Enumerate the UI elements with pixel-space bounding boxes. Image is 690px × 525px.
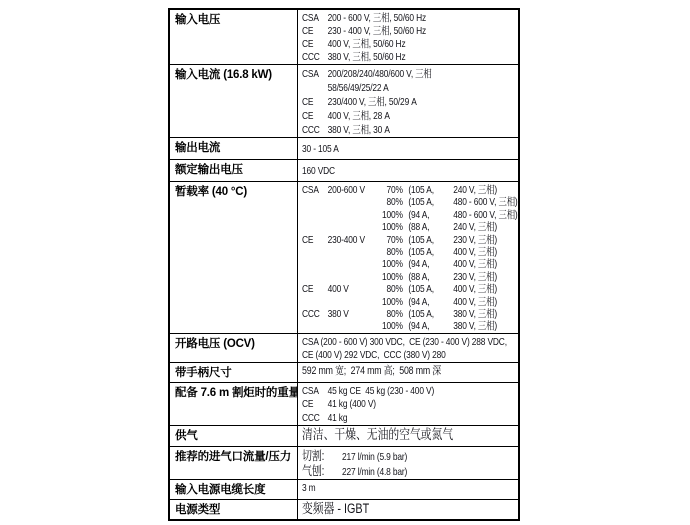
value-segment: 230-400 V bbox=[327, 234, 377, 246]
value-segment: (105 A, bbox=[408, 283, 453, 295]
value-segment: 41 kg (400 V) bbox=[327, 398, 375, 412]
value-segment: 240 V, 三相) bbox=[453, 184, 497, 196]
value-segment: 217 l/min (5.9 bar) bbox=[342, 450, 407, 464]
value-segment: 100% bbox=[377, 209, 403, 221]
value-line: 3 m bbox=[302, 482, 519, 495]
value-segment: 气刨: bbox=[302, 464, 342, 478]
value-segment: 100% bbox=[377, 221, 403, 233]
value-line: CE230-400 V70%(105 A,230 V, 三相) bbox=[302, 234, 519, 246]
value-segment: CE bbox=[302, 95, 328, 109]
value-segment: 230 V, 三相) bbox=[453, 234, 497, 246]
spec-value-gas-supply: 清洁、干燥、无油的空气或氮气 bbox=[297, 426, 519, 447]
value-segment: 200-600 V bbox=[327, 184, 377, 196]
value-segment: 230/400 V, 三相, 50/29 A bbox=[327, 95, 416, 109]
value-segment: CSA (200 - 600 V) 300 VDC, CE (230 - 400… bbox=[302, 336, 507, 349]
value-segment: CCC bbox=[302, 123, 328, 137]
value-segment: 400 V, 三相) bbox=[453, 296, 497, 308]
spec-value-duty-cycle: CSA200-600 V70%(105 A,240 V, 三相)80%(105 … bbox=[297, 182, 519, 334]
value-segment: 380 V, 三相, 50/60 Hz bbox=[327, 51, 405, 64]
value-segment: 400 V, 三相, 50/60 Hz bbox=[327, 38, 405, 51]
value-segment: (88 A, bbox=[408, 221, 453, 233]
spec-value-rated-output-voltage: 160 VDC bbox=[297, 160, 519, 182]
spec-row-output-current: 输出电流30 - 105 A bbox=[169, 138, 519, 160]
value-line: CE230/400 V, 三相, 50/29 A bbox=[302, 95, 519, 109]
spec-label-weight: 配备 7.6 m 割炬时的重量 bbox=[169, 382, 297, 426]
spec-label-open-circuit-voltage: 开路电压 (OCV) bbox=[169, 333, 297, 362]
value-line: 58/56/49/25/22 A bbox=[302, 81, 519, 95]
value-segment: CCC bbox=[302, 308, 328, 320]
spec-row-power-type: 电源类型变频器 - IGBT bbox=[169, 500, 519, 521]
value-segment: CSA bbox=[302, 184, 328, 196]
value-segment: 200/208/240/480/600 V, 三相 bbox=[327, 67, 431, 81]
value-segment: 变频器 - IGBT bbox=[302, 502, 369, 515]
spec-row-open-circuit-voltage: 开路电压 (OCV)CSA (200 - 600 V) 300 VDC, CE … bbox=[169, 333, 519, 362]
value-segment: 160 VDC bbox=[302, 165, 335, 178]
value-segment: CE bbox=[302, 109, 328, 123]
value-segment: 70% bbox=[377, 234, 403, 246]
spec-label-power-type: 电源类型 bbox=[169, 500, 297, 521]
value-segment: 30 - 105 A bbox=[302, 143, 339, 156]
value-segment: 70% bbox=[377, 184, 403, 196]
value-segment: CCC bbox=[302, 51, 328, 64]
spec-row-dimensions: 带手柄尺寸592 mm 宽; 274 mm 高; 508 mm 深 bbox=[169, 362, 519, 382]
value-line: 592 mm 宽; 274 mm 高; 508 mm 深 bbox=[302, 365, 519, 378]
spec-value-dimensions: 592 mm 宽; 274 mm 高; 508 mm 深 bbox=[297, 362, 519, 382]
value-segment: CE bbox=[302, 398, 328, 412]
value-segment: 80% bbox=[377, 308, 403, 320]
value-segment: 200 - 600 V, 三相, 50/60 Hz bbox=[327, 12, 425, 25]
value-segment: 400 V, 三相) bbox=[453, 258, 497, 270]
value-segment: CE bbox=[302, 25, 328, 38]
value-segment: 100% bbox=[377, 296, 403, 308]
value-segment: (94 A, bbox=[408, 258, 453, 270]
spec-value-input-current: CSA200/208/240/480/600 V, 三相58/56/49/25/… bbox=[297, 65, 519, 138]
value-line: CSA45 kg CE 45 kg (230 - 400 V) bbox=[302, 385, 519, 399]
value-segment: 100% bbox=[377, 271, 403, 283]
spec-label-rated-output-voltage: 额定输出电压 bbox=[169, 160, 297, 182]
value-segment: 400 V, 三相) bbox=[453, 283, 497, 295]
spec-label-gas-supply: 供气 bbox=[169, 426, 297, 447]
spec-label-input-voltage: 输入电压 bbox=[169, 9, 297, 65]
value-segment: (94 A, bbox=[408, 209, 453, 221]
value-line: 80%(105 A,480 - 600 V, 三相) bbox=[302, 196, 519, 208]
value-line: 100%(88 A,230 V, 三相) bbox=[302, 271, 519, 283]
spec-value-power-type: 变频器 - IGBT bbox=[297, 500, 519, 521]
value-segment: (105 A, bbox=[408, 308, 453, 320]
value-segment: (105 A, bbox=[408, 246, 453, 258]
spec-table: 输入电压CSA200 - 600 V, 三相, 50/60 HzCE230 - … bbox=[168, 8, 520, 521]
value-line: 100%(94 A,380 V, 三相) bbox=[302, 320, 519, 332]
spec-label-duty-cycle: 暂载率 (40 °C) bbox=[169, 182, 297, 334]
value-line: 100%(94 A,480 - 600 V, 三相) bbox=[302, 209, 519, 221]
value-segment: (88 A, bbox=[408, 271, 453, 283]
value-segment: (94 A, bbox=[408, 296, 453, 308]
value-line: CSA200-600 V70%(105 A,240 V, 三相) bbox=[302, 184, 519, 196]
spec-value-weight: CSA45 kg CE 45 kg (230 - 400 V)CE41 kg (… bbox=[297, 382, 519, 426]
value-segment: (105 A, bbox=[408, 196, 453, 208]
value-line: CCC380 V, 三相, 30 A bbox=[302, 123, 519, 137]
value-segment: 切割: bbox=[302, 449, 342, 463]
value-line: 100%(94 A,400 V, 三相) bbox=[302, 258, 519, 270]
spec-value-inlet-flow: 切割:217 l/min (5.9 bar)气刨:227 l/min (4.8 … bbox=[297, 447, 519, 480]
value-segment: 45 kg CE 45 kg (230 - 400 V) bbox=[327, 385, 434, 399]
value-segment: 480 - 600 V, 三相) bbox=[453, 209, 517, 221]
value-segment: 400 V, 三相) bbox=[453, 246, 497, 258]
value-line: 30 - 105 A bbox=[302, 143, 519, 156]
value-segment: CE bbox=[302, 38, 328, 51]
value-segment: CSA bbox=[302, 12, 328, 25]
spec-row-input-voltage: 输入电压CSA200 - 600 V, 三相, 50/60 HzCE230 - … bbox=[169, 9, 519, 65]
spec-table-body: 输入电压CSA200 - 600 V, 三相, 50/60 HzCE230 - … bbox=[169, 9, 519, 520]
value-segment: 3 m bbox=[302, 482, 316, 495]
value-segment: 41 kg bbox=[327, 412, 347, 426]
value-segment: 480 - 600 V, 三相) bbox=[453, 196, 517, 208]
value-segment: 240 V, 三相) bbox=[453, 221, 497, 233]
value-segment: 清洁、干燥、无油的空气或氮气 bbox=[302, 428, 453, 441]
value-segment: 80% bbox=[377, 246, 403, 258]
value-segment: 380 V, 三相, 30 A bbox=[327, 123, 389, 137]
value-line: CSA200/208/240/480/600 V, 三相 bbox=[302, 67, 519, 81]
spec-row-inlet-flow: 推荐的进气口流量/压力切割:217 l/min (5.9 bar)气刨:227 … bbox=[169, 447, 519, 480]
value-segment: 380 V bbox=[327, 308, 377, 320]
value-segment: (94 A, bbox=[408, 320, 453, 332]
value-segment: (105 A, bbox=[408, 234, 453, 246]
value-segment: 380 V, 三相) bbox=[453, 320, 497, 332]
value-line: CCC380 V80%(105 A,380 V, 三相) bbox=[302, 308, 519, 320]
value-segment: CSA bbox=[302, 67, 328, 81]
value-line: 100%(94 A,400 V, 三相) bbox=[302, 296, 519, 308]
value-segment: 400 V, 三相, 28 A bbox=[327, 109, 389, 123]
spec-sheet-page: 输入电压CSA200 - 600 V, 三相, 50/60 HzCE230 - … bbox=[0, 0, 690, 525]
value-line: 变频器 - IGBT bbox=[302, 502, 519, 515]
value-segment: 100% bbox=[377, 258, 403, 270]
spec-label-inlet-flow: 推荐的进气口流量/压力 bbox=[169, 447, 297, 480]
spec-row-duty-cycle: 暂载率 (40 °C)CSA200-600 V70%(105 A,240 V, … bbox=[169, 182, 519, 334]
value-segment: 80% bbox=[377, 283, 403, 295]
spec-value-input-voltage: CSA200 - 600 V, 三相, 50/60 HzCE230 - 400 … bbox=[297, 9, 519, 65]
value-segment: 227 l/min (4.8 bar) bbox=[342, 465, 407, 479]
value-segment: 230 V, 三相) bbox=[453, 271, 497, 283]
value-segment: CSA bbox=[302, 385, 328, 399]
spec-value-output-current: 30 - 105 A bbox=[297, 138, 519, 160]
value-segment: CE (400 V) 292 VDC, CCC (380 V) 280 bbox=[302, 349, 446, 362]
value-segment: 58/56/49/25/22 A bbox=[327, 81, 388, 95]
value-segment: CCC bbox=[302, 412, 328, 426]
spec-label-output-current: 输出电流 bbox=[169, 138, 297, 160]
value-line: CSA200 - 600 V, 三相, 50/60 Hz bbox=[302, 12, 519, 25]
value-line: CE400 V, 三相, 28 A bbox=[302, 109, 519, 123]
value-line: CE41 kg (400 V) bbox=[302, 398, 519, 412]
value-line: CE (400 V) 292 VDC, CCC (380 V) 280 bbox=[302, 349, 519, 362]
value-line: 气刨:227 l/min (4.8 bar) bbox=[302, 464, 519, 479]
value-segment: 230 - 400 V, 三相, 50/60 Hz bbox=[327, 25, 425, 38]
value-segment: CE bbox=[302, 283, 328, 295]
spec-value-cable-length: 3 m bbox=[297, 480, 519, 500]
value-line: 160 VDC bbox=[302, 165, 519, 178]
value-line: CE400 V, 三相, 50/60 Hz bbox=[302, 38, 519, 51]
spec-row-rated-output-voltage: 额定输出电压160 VDC bbox=[169, 160, 519, 182]
value-line: CE400 V80%(105 A,400 V, 三相) bbox=[302, 283, 519, 295]
spec-row-gas-supply: 供气清洁、干燥、无油的空气或氮气 bbox=[169, 426, 519, 447]
spec-label-dimensions: 带手柄尺寸 bbox=[169, 362, 297, 382]
spec-label-cable-length: 输入电源电缆长度 bbox=[169, 480, 297, 500]
value-segment: 592 mm 宽; 274 mm 高; 508 mm 深 bbox=[302, 365, 441, 378]
value-line: CE230 - 400 V, 三相, 50/60 Hz bbox=[302, 25, 519, 38]
value-line: CSA (200 - 600 V) 300 VDC, CE (230 - 400… bbox=[302, 336, 519, 349]
value-segment: (105 A, bbox=[408, 184, 453, 196]
value-line: 80%(105 A,400 V, 三相) bbox=[302, 246, 519, 258]
value-segment: 400 V bbox=[327, 283, 377, 295]
value-line: CCC41 kg bbox=[302, 412, 519, 426]
value-line: CCC380 V, 三相, 50/60 Hz bbox=[302, 51, 519, 64]
value-segment: CE bbox=[302, 234, 328, 246]
value-segment: 80% bbox=[377, 196, 403, 208]
value-line: 切割:217 l/min (5.9 bar) bbox=[302, 449, 519, 464]
spec-row-input-current: 输入电流 (16.8 kW)CSA200/208/240/480/600 V, … bbox=[169, 65, 519, 138]
value-segment: 380 V, 三相) bbox=[453, 308, 497, 320]
spec-row-cable-length: 输入电源电缆长度3 m bbox=[169, 480, 519, 500]
spec-row-weight: 配备 7.6 m 割炬时的重量CSA45 kg CE 45 kg (230 - … bbox=[169, 382, 519, 426]
spec-value-open-circuit-voltage: CSA (200 - 600 V) 300 VDC, CE (230 - 400… bbox=[297, 333, 519, 362]
value-line: 100%(88 A,240 V, 三相) bbox=[302, 221, 519, 233]
spec-label-input-current: 输入电流 (16.8 kW) bbox=[169, 65, 297, 138]
value-segment: 100% bbox=[377, 320, 403, 332]
value-line: 清洁、干燥、无油的空气或氮气 bbox=[302, 428, 519, 441]
